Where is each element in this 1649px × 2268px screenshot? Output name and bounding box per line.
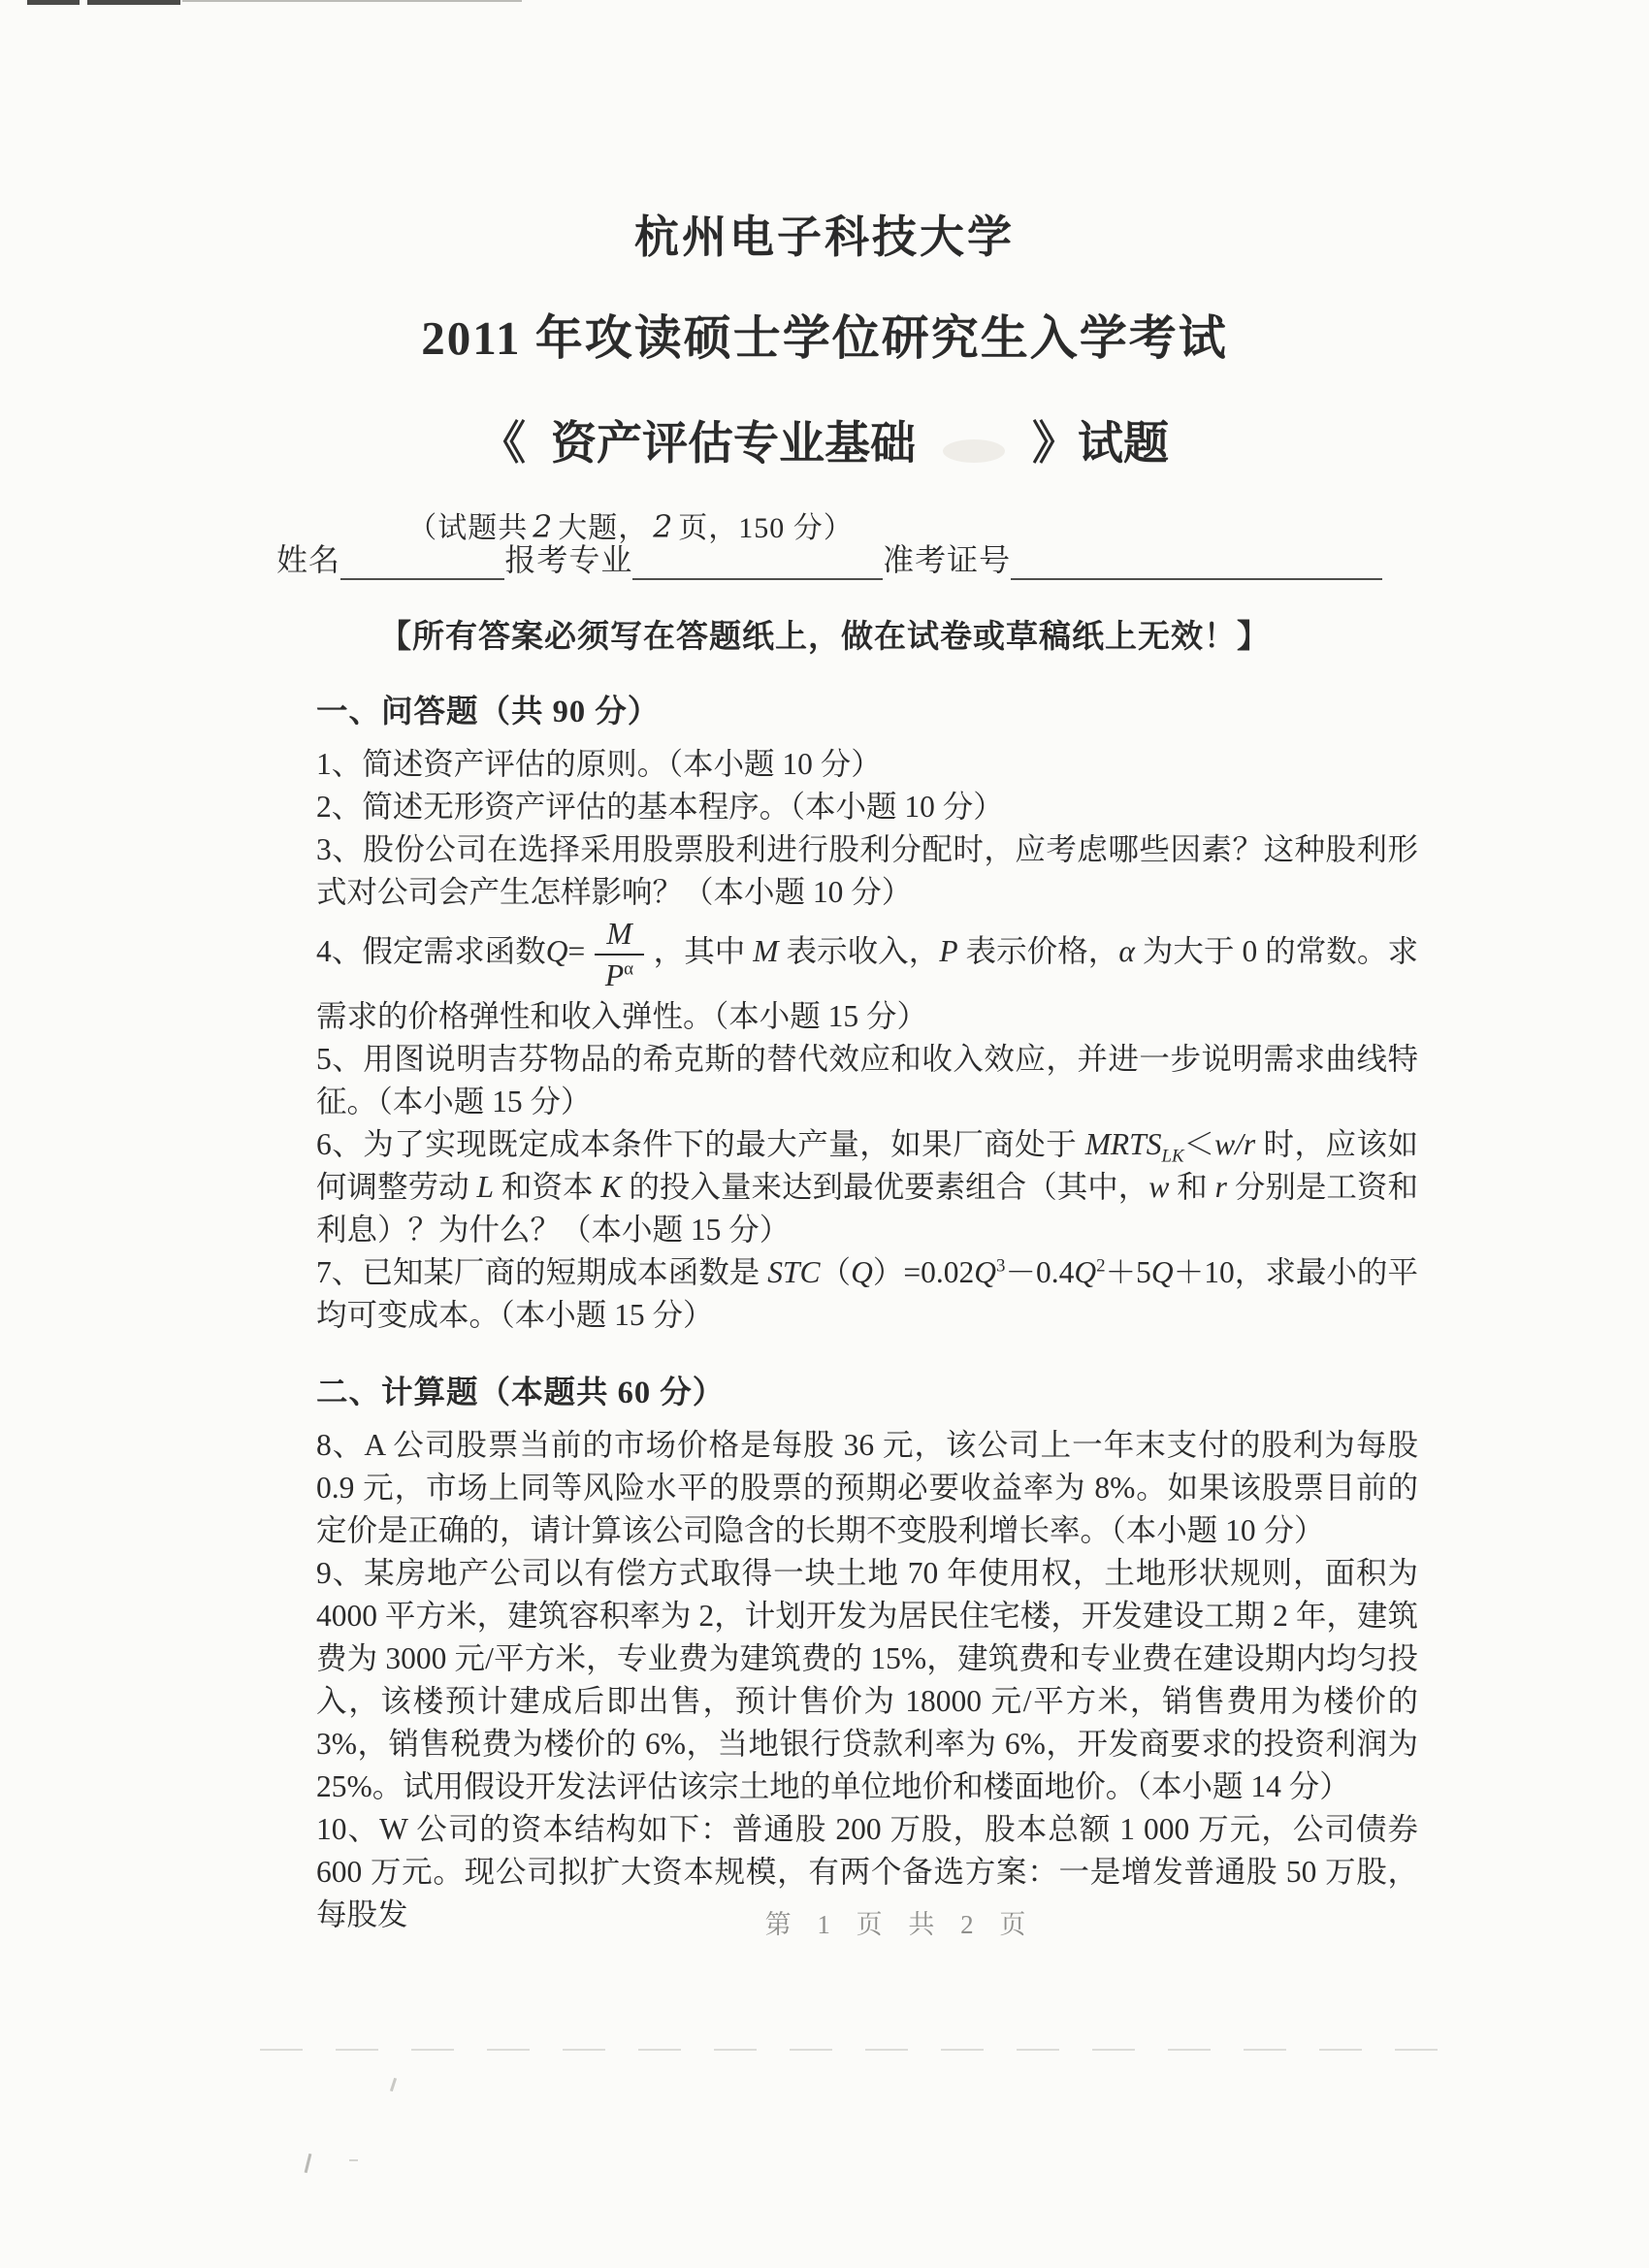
major-blank-field bbox=[632, 539, 883, 580]
scan-artifact-mark bbox=[349, 2159, 358, 2161]
section-calculation: 二、计算题（本题共 60 分） 8、A 公司股票当前的市场价格是每股 36 元，… bbox=[316, 1372, 1418, 1936]
section-short-answer: 一、问答题（共 90 分） 1、简述资产评估的原则。（本小题 10 分） 2、简… bbox=[316, 691, 1418, 1337]
subject-suffix: 试题 bbox=[1078, 419, 1169, 470]
scan-mark bbox=[27, 0, 80, 5]
name-blank-field bbox=[340, 539, 504, 580]
subject-open-bracket: 《 bbox=[480, 419, 526, 470]
exam-header: 杭州电子科技大学 2011 年攻读硕士学位研究生入学考试 《资产评估专业基础》试… bbox=[0, 202, 1649, 546]
question-8: 8、A 公司股票当前的市场价格是每股 36 元，该公司上一年末支付的股利为每股 … bbox=[316, 1424, 1418, 1552]
subject-name: 资产评估专业基础 bbox=[551, 419, 916, 470]
scan-artifact-line bbox=[260, 2049, 1463, 2051]
name-label: 姓名 bbox=[276, 535, 340, 580]
question-6: 6、为了实现既定成本条件下的最大产量，如果厂商处于 MRTSLK＜w/r 时，应… bbox=[316, 1123, 1418, 1251]
scan-mark bbox=[87, 0, 180, 5]
erased-smudge bbox=[943, 439, 1005, 463]
candidate-info-row: 姓名 报考专业 准考证号 bbox=[276, 535, 1382, 580]
scan-artifact-mark bbox=[390, 2078, 397, 2091]
question-5: 5、用图说明吉芬物品的希克斯的替代效应和收入效应，并进一步说明需求曲线特征。（本… bbox=[316, 1038, 1418, 1123]
question-2: 2、简述无形资产评估的基本程序。（本小题 10 分） bbox=[316, 786, 1418, 828]
major-label: 报考专业 bbox=[504, 535, 632, 580]
subject-close-bracket: 》 bbox=[1032, 419, 1078, 470]
scan-mark bbox=[182, 0, 522, 2]
section-2-heading: 二、计算题（本题共 60 分） bbox=[316, 1372, 1418, 1414]
subject-title: 《资产评估专业基础》试题 bbox=[0, 407, 1649, 474]
ticket-number-blank-field bbox=[1011, 539, 1382, 580]
exam-title: 2011 年攻读硕士学位研究生入学考试 bbox=[0, 301, 1649, 369]
question-7: 7、已知某厂商的短期成本函数是 STC（Q）=0.02Q3－0.4Q2＋5Q＋1… bbox=[316, 1251, 1418, 1337]
ticket-number-label: 准考证号 bbox=[883, 535, 1011, 580]
section-1-heading: 一、问答题（共 90 分） bbox=[316, 691, 1418, 733]
question-1: 1、简述资产评估的原则。（本小题 10 分） bbox=[316, 743, 1418, 786]
university-name: 杭州电子科技大学 bbox=[0, 202, 1649, 266]
question-4: 4、假定需求函数Q=MPα，其中 M 表示收入，P 表示价格，α 为大于 0 的… bbox=[316, 914, 1418, 1038]
subject-gap bbox=[916, 422, 1032, 474]
question-3: 3、股份公司在选择采用股票股利进行股利分配时，应考虑哪些因素？这种股利形式对公司… bbox=[316, 828, 1418, 914]
scan-artifact-mark bbox=[305, 2154, 312, 2173]
exam-paper-page: 杭州电子科技大学 2011 年攻读硕士学位研究生入学考试 《资产评估专业基础》试… bbox=[0, 0, 1649, 2268]
answer-sheet-notice: 【所有答案必须写在答题纸上，做在试卷或草稿纸上无效！】 bbox=[0, 611, 1649, 657]
question-9: 9、某房地产公司以有偿方式取得一块土地 70 年使用权，土地形状规则，面积为 4… bbox=[316, 1552, 1418, 1808]
page-number-footer: 第 1 页 共 2 页 bbox=[76, 1903, 1649, 1941]
